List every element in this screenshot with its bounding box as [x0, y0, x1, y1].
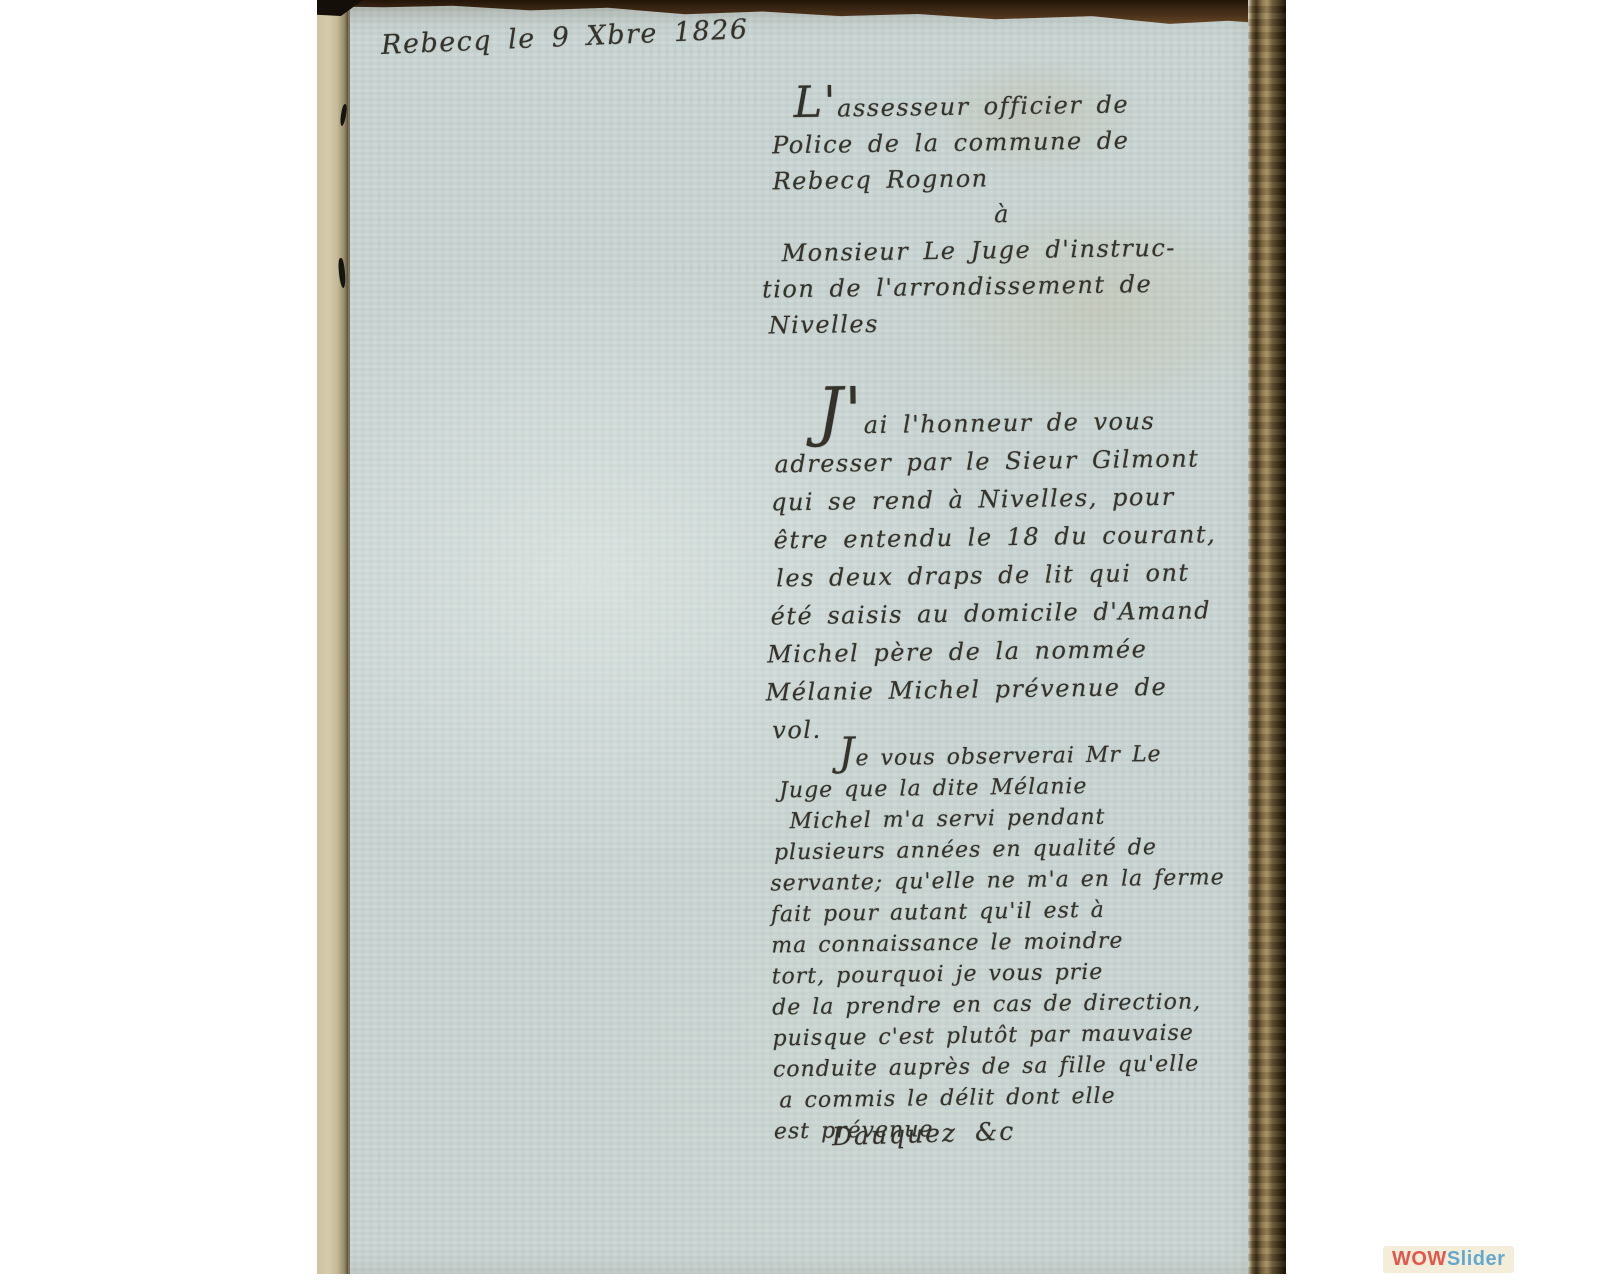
signature: Dauquez &c: [832, 1116, 1016, 1151]
watermark-wow-text: WOW: [1392, 1248, 1447, 1270]
manuscript-line: J'ai l'honneur de vous: [817, 400, 1267, 444]
letter-paragraph-1: J'ai l'honneur de vousadresser par le Si…: [762, 400, 1272, 749]
manuscript-line: à: [994, 193, 1264, 233]
letter-column: L'assesseur officier dePolice de la comm…: [756, 0, 1279, 1277]
handwritten-letter: Rebecq le 9 Xbre 1826 L'assesseur offici…: [317, 0, 1286, 1274]
date-line: Rebecq le 9 Xbre 1826: [380, 14, 749, 61]
manuscript-line: Nivelles: [768, 301, 1265, 344]
watermark-slider-text: Slider: [1447, 1248, 1506, 1270]
manuscript-photo: Rebecq le 9 Xbre 1826 L'assesseur offici…: [317, 0, 1286, 1274]
manuscript-line: été saisis au domicile d'Amand: [770, 590, 1269, 635]
manuscript-line: adresser par le Sieur Gilmont: [774, 438, 1267, 483]
scan-background: Rebecq le 9 Xbre 1826 L'assesseur offici…: [0, 0, 1600, 1280]
wowslider-watermark[interactable]: WOWSlider: [1383, 1246, 1514, 1273]
letter-header: L'assesseur officier dePolice de la comm…: [757, 85, 1265, 344]
manuscript-line: être entendu le 18 du courant,: [773, 514, 1268, 559]
letter-paragraph-2: Je vous observerai Mr LeJuge que la dite…: [766, 737, 1277, 1147]
